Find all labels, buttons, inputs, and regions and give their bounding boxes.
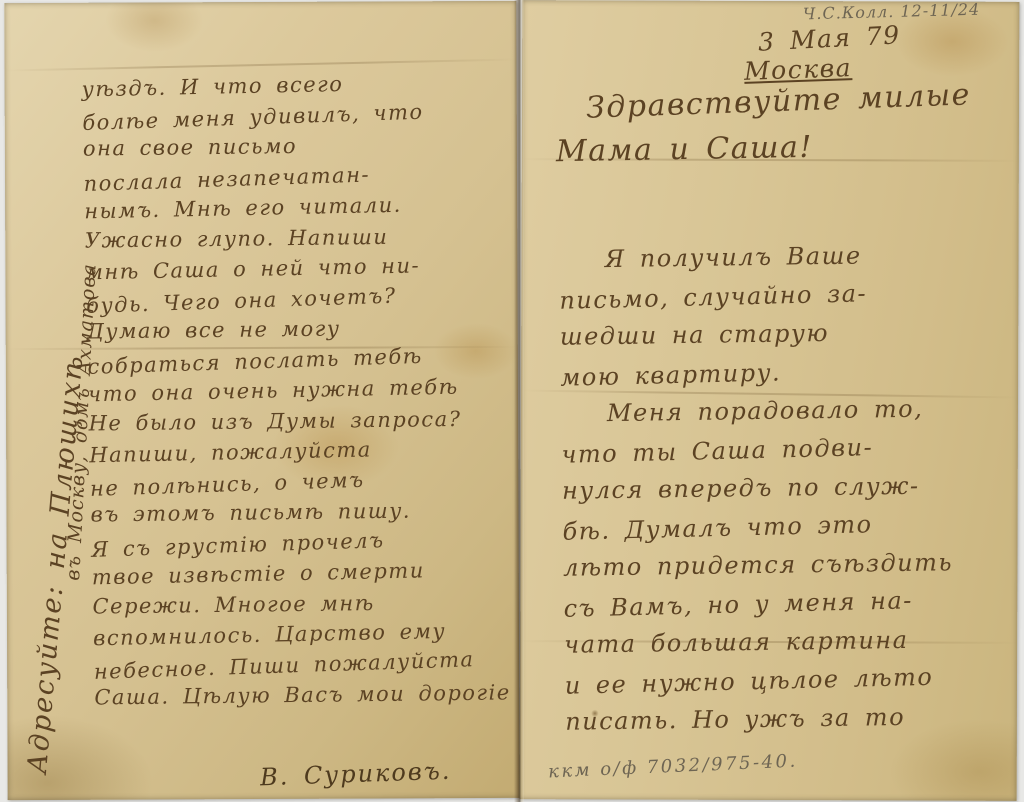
handwriting-line: Ужасно глупо. Напиши <box>85 220 502 256</box>
handwriting-line: Саша. Цѣлую Васъ мои дорогіе <box>94 677 511 713</box>
handwriting-line: нулся впередъ по служ- <box>562 466 952 510</box>
handwriting-line: лѣто придется съѣздить <box>563 543 953 587</box>
handwriting-line: Меня порадовало то, <box>561 389 951 433</box>
handwriting-line: писать. Но ужъ за то <box>565 697 955 741</box>
left-page-text: уѣздъ. И что всего болѣе меня удивилъ, ч… <box>81 66 511 715</box>
handwriting-line: чата большая картина <box>564 620 954 664</box>
page-fold <box>514 0 524 802</box>
handwriting-line: Не было изъ Думы запроса? <box>88 403 505 439</box>
scanned-letter: Ч.С.Колл. 12-11/24 3 Мая 79 Москва Здрав… <box>0 0 1024 802</box>
handwriting-line: Сережи. Многое мнѣ <box>92 586 509 622</box>
handwriting-line: Я получилъ Ваше <box>559 235 949 279</box>
right-page-text: Я получилъ Ваше письмо, случайно за- шед… <box>559 235 956 741</box>
greeting-line: Мама и Саша! <box>556 130 814 169</box>
handwriting-line: шедши на старую <box>560 312 950 356</box>
